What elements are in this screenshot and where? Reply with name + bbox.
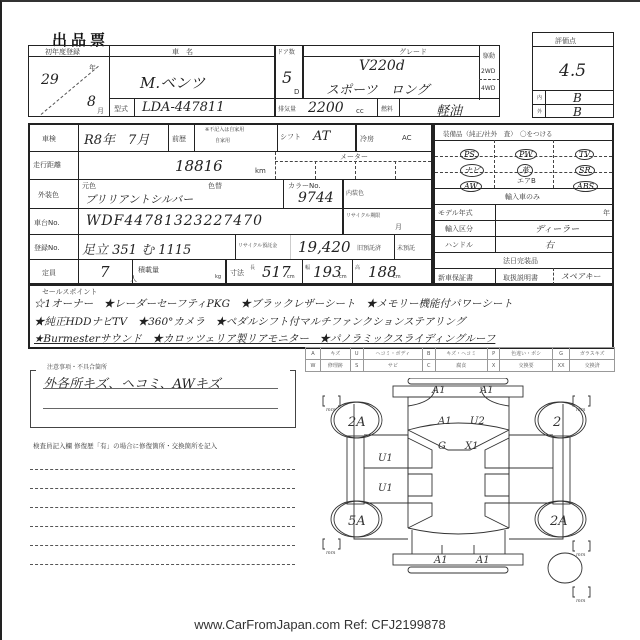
legend-code: A: [306, 348, 321, 360]
tyre-unit-fr: mm: [576, 407, 586, 413]
legend-code: X: [487, 360, 500, 372]
fuel-value: 軽油: [436, 100, 462, 119]
model-year-label: モデル年式: [438, 208, 473, 218]
displacement-label: 排気量: [278, 104, 296, 113]
doors-unit: D: [294, 88, 299, 96]
drive-4wd[interactable]: 4WD: [481, 85, 495, 92]
doors-value: 5: [282, 68, 292, 87]
mark-front-bumper-2: A1: [479, 385, 494, 396]
sales-point-line-2: ★純正HDDナビTV ★360°カメラ ★ペダルシフト付マルチファンクションステ…: [34, 314, 465, 329]
length-unit: cm: [287, 274, 295, 280]
capacity-value: 7: [100, 263, 110, 281]
width-unit: cm: [339, 274, 347, 280]
sales-point-line-3: ★Burmesterサウンド ★カロッツェリア製リアモニター ★パノラミックスラ…: [34, 331, 495, 346]
doors-label: ドア数: [277, 47, 295, 56]
inspector-line-6: [30, 564, 295, 565]
car-damage-diagram: mm mm mm mm mm A1 A1 A1 U2 G X1 U1 U1 A1…: [310, 378, 640, 610]
fuel-label: 燃料: [381, 104, 393, 113]
legend-meaning: ガラスキズ: [570, 348, 615, 360]
interior-grade-label: 内: [537, 94, 542, 101]
grade-line2: スポーツ ロング: [326, 79, 429, 98]
score-label: 評価点: [555, 36, 576, 46]
recycle-deadline-label: リサイクル期限: [346, 212, 380, 219]
length-label: 長: [250, 264, 255, 271]
recycle-deadline-unit: 月: [395, 222, 402, 232]
inspector-line-2: [30, 488, 295, 489]
handle-value: 右: [545, 238, 554, 251]
inspector-line-4: [30, 526, 295, 527]
tyre-unit-rr: mm: [576, 552, 586, 558]
recycle-unpaid-option[interactable]: 未預託: [397, 243, 415, 252]
notes-box: 外各所キズ、ヘコミ、AWキズ: [30, 370, 296, 428]
shift-value: AT: [313, 129, 330, 144]
ac-label: 冷房: [360, 134, 374, 144]
load-unit: kg: [215, 274, 221, 280]
legend-meaning: サビ: [363, 360, 422, 372]
width-value: 193: [313, 263, 342, 281]
notes-value: 外各所キズ、ヘコミ、AWキズ: [43, 373, 221, 392]
exterior-color-label: 外装色: [38, 190, 59, 200]
mark-windshield-1: G: [438, 441, 446, 452]
footer-reference: www.CarFromJapan.com Ref: CFJ2199878: [0, 617, 640, 632]
displacement-value: 2200: [308, 100, 344, 116]
spare-key-label: スペアキー: [561, 271, 601, 282]
recycle-fee-label: リサイクル預託金: [238, 242, 277, 249]
mark-front-bumper-1: A1: [431, 385, 446, 396]
import-header: 輸入車のみ: [505, 192, 540, 202]
mileage-label: 走行距離: [33, 160, 61, 170]
mileage-value: 18816: [175, 157, 223, 175]
exterior-grade-label: 外: [537, 108, 542, 115]
manual-label: 取扱説明書: [503, 273, 538, 283]
handle-label: ハンドル: [445, 240, 473, 250]
doors-cell: ドア数 5 D: [275, 45, 303, 99]
month-unit: 月: [97, 106, 104, 116]
equipment-label: 装備品（純正/社外 査） 〇をつける: [443, 129, 552, 138]
legend-meaning: 腐食: [435, 360, 487, 372]
legend-meaning: キズ: [320, 348, 350, 360]
mark-hood-2: U2: [470, 416, 485, 427]
height-unit: cm: [393, 274, 401, 280]
interior-grade: B: [573, 91, 582, 105]
chassis-no-value: WDF44781323227470: [86, 213, 263, 229]
capacity-label: 定員: [42, 268, 56, 278]
legend-code: P: [487, 348, 500, 360]
first-registration-year: 29: [41, 72, 59, 88]
legend-meaning: 色違い・ボシ: [500, 348, 552, 360]
legend-code: G: [552, 348, 570, 360]
tyre-rear-right: 2A: [549, 514, 568, 529]
registration-no-label: 登録No.: [34, 243, 60, 253]
equipment-aw[interactable]: AW: [460, 181, 482, 192]
legend-code: XX: [552, 360, 570, 372]
interior-color-label: 内装色: [346, 188, 364, 197]
exterior-color-value: ブリリアントシルバー: [85, 191, 193, 207]
tyre-unit-fl: mm: [326, 407, 336, 413]
damage-legend: AキズUヘコミ・ボディBキズ・ヘコミP色違い・ボシGガラスキズW修理跡SサビC腐…: [305, 347, 615, 372]
legend-meaning: 修理跡: [320, 360, 350, 372]
legend-code: W: [306, 360, 321, 372]
legend-meaning: キズ・ヘコミ: [435, 348, 487, 360]
row-color: 外装色 元色 色替 ブリリアントシルバー カラーNo. 9744 内装色: [30, 180, 431, 208]
first-registration-month: 8: [87, 94, 96, 110]
inspector-line-3: [30, 507, 295, 508]
exterior-grade: B: [573, 105, 582, 119]
equipment-block: 装備品（純正/社外 査） 〇をつける PS PW TV ナビ 革 SR AW エ…: [433, 123, 614, 285]
equipment-abs[interactable]: ABS: [573, 181, 598, 192]
tyre-front-left: 2A: [347, 415, 366, 430]
sales-points-block: セールスポイント ☆1オーナー ★レーダーセーフティPKG ★ブラックレザーシー…: [28, 284, 614, 349]
model-code-value: LDA-447811: [142, 100, 224, 115]
accessories-header: 法日完装品: [503, 256, 538, 266]
legend-code: B: [422, 348, 435, 360]
model-year-unit: 年: [603, 208, 610, 218]
inspector-line-5: [30, 545, 295, 546]
ac-value: AC: [402, 134, 412, 142]
inspector-line-1: [30, 469, 295, 470]
score-value: 4.5: [559, 61, 586, 81]
mark-left-door-2: U1: [378, 483, 393, 494]
tyre-front-right: 2: [552, 415, 561, 430]
width-label: 幅: [305, 264, 310, 271]
legend-code: S: [350, 360, 363, 372]
import-type-value: ディーラー: [535, 222, 579, 235]
tyre-unit-rl: mm: [326, 550, 336, 556]
sales-point-line-1: ☆1オーナー ★レーダーセーフティPKG ★ブラックレザーシート ★メモリー機能…: [34, 296, 513, 311]
score-box: 評価点 4.5 内 B 外 B: [532, 32, 614, 118]
mark-rear-bumper-2: A1: [475, 555, 490, 566]
equipment-airbag[interactable]: エアB: [517, 176, 536, 186]
car-name-value: M.ベンツ: [140, 72, 205, 93]
mark-hood-1: A1: [437, 416, 452, 427]
registration-no-value: 足立 351 む 1115: [82, 239, 191, 258]
tyre-rear-left: 5A: [348, 514, 366, 529]
row-chassis: 車台No. WDF44781323227470 リサイクル期限 月: [30, 209, 431, 234]
legend-meaning: 交換済: [570, 360, 615, 372]
row-inspection: 車検 R8年 7月 前歴 ※不記入は自家用 自家用 シフト AT 冷房 AC: [30, 124, 431, 151]
drive-label: 駆動: [483, 51, 495, 60]
history-note: ※不記入は自家用: [205, 126, 244, 133]
mileage-unit: km: [255, 167, 266, 175]
import-type-label: 輸入区分: [445, 224, 473, 234]
row-registration: 登録No. 足立 351 む 1115 リサイクル預託金 19,420 旧預託済…: [30, 235, 431, 259]
model-code-cell: 型式 LDA-447811: [109, 98, 275, 117]
height-label: 高: [355, 264, 360, 271]
legend-code: C: [422, 360, 435, 372]
tyre-unit-spare: mm: [576, 598, 586, 604]
inspector-label: 検査員記入欄 修復歴「有」の場合に修復箇所・交換箇所を記入: [33, 441, 217, 450]
legend-meaning: ヘコミ・ボディ: [363, 348, 422, 360]
displacement-cell: 排気量 2200 cc: [275, 98, 378, 117]
row-capacity: 定員 7 人 積載量 kg 寸法 長 517 cm 幅 193 cm 高 188…: [30, 260, 431, 284]
legend-code: U: [350, 348, 363, 360]
row-mileage: 走行距離 18816 km メーター: [30, 152, 431, 179]
model-code-label: 型式: [114, 104, 128, 114]
recycle-fee-value: 19,420: [298, 238, 351, 256]
mark-left-door-1: U1: [378, 453, 393, 464]
chassis-no-label: 車台No.: [34, 218, 60, 228]
grade-cell: グレード V220d スポーツ ロング 駆動 2WD 4WD: [303, 45, 500, 99]
original-color-label: 元色: [82, 181, 96, 191]
color-no-value: 9744: [298, 190, 334, 206]
inspection-label: 車検: [42, 134, 56, 144]
fuel-cell: 燃料 軽油: [377, 98, 500, 117]
drive-2wd[interactable]: 2WD: [481, 68, 495, 75]
displacement-unit: cc: [356, 107, 364, 115]
load-label: 積載量: [138, 265, 159, 275]
dimensions-label: 寸法: [230, 268, 244, 278]
warranty-label: 新車保証書: [438, 273, 473, 283]
mark-rear-bumper-1: A1: [433, 555, 448, 566]
history-label: 前歴: [172, 134, 186, 144]
shift-label: シフト: [280, 132, 301, 142]
first-registration-cell: 初年度登録 年 29 8 月: [28, 45, 110, 117]
changed-color-label: 色替: [208, 181, 222, 191]
mark-windshield-2: X1: [464, 441, 478, 452]
grade-line1: V220d: [359, 58, 405, 74]
car-name-cell: 車 名 M.ベンツ: [109, 45, 275, 99]
inspection-value: R8年 7月: [84, 129, 149, 148]
legend-meaning: 交換要: [500, 360, 552, 372]
recycle-paid-option[interactable]: 旧預託済: [357, 243, 381, 252]
history-value: 自家用: [215, 137, 230, 144]
